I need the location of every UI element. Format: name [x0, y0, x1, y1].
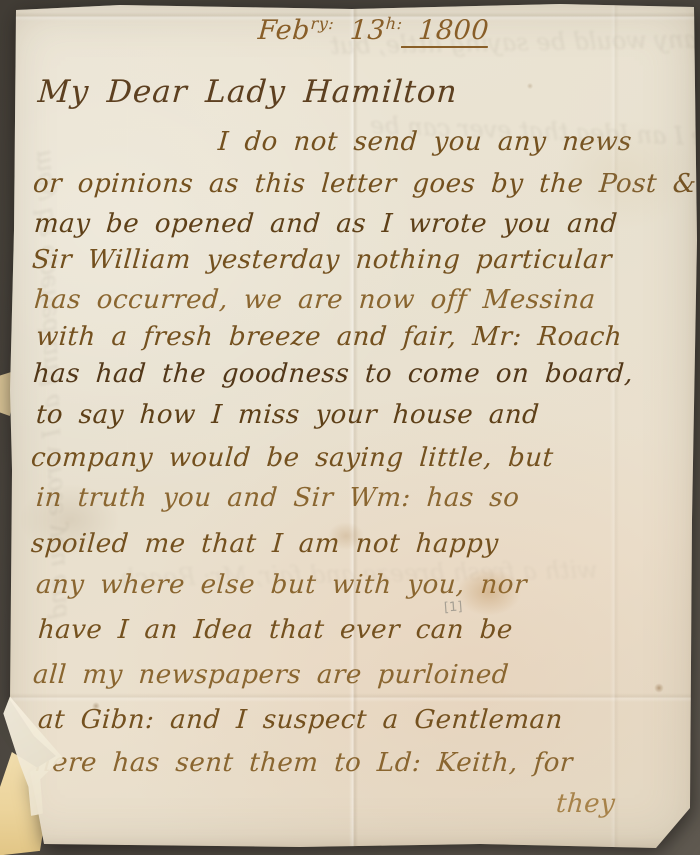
photo-backdrop: company would be saying little, but have…	[0, 0, 700, 855]
edge-shading	[0, 0, 700, 855]
letter-sheet-wrap: company would be saying little, but have…	[0, 0, 700, 855]
letter-sheet: company would be saying little, but have…	[0, 0, 700, 855]
